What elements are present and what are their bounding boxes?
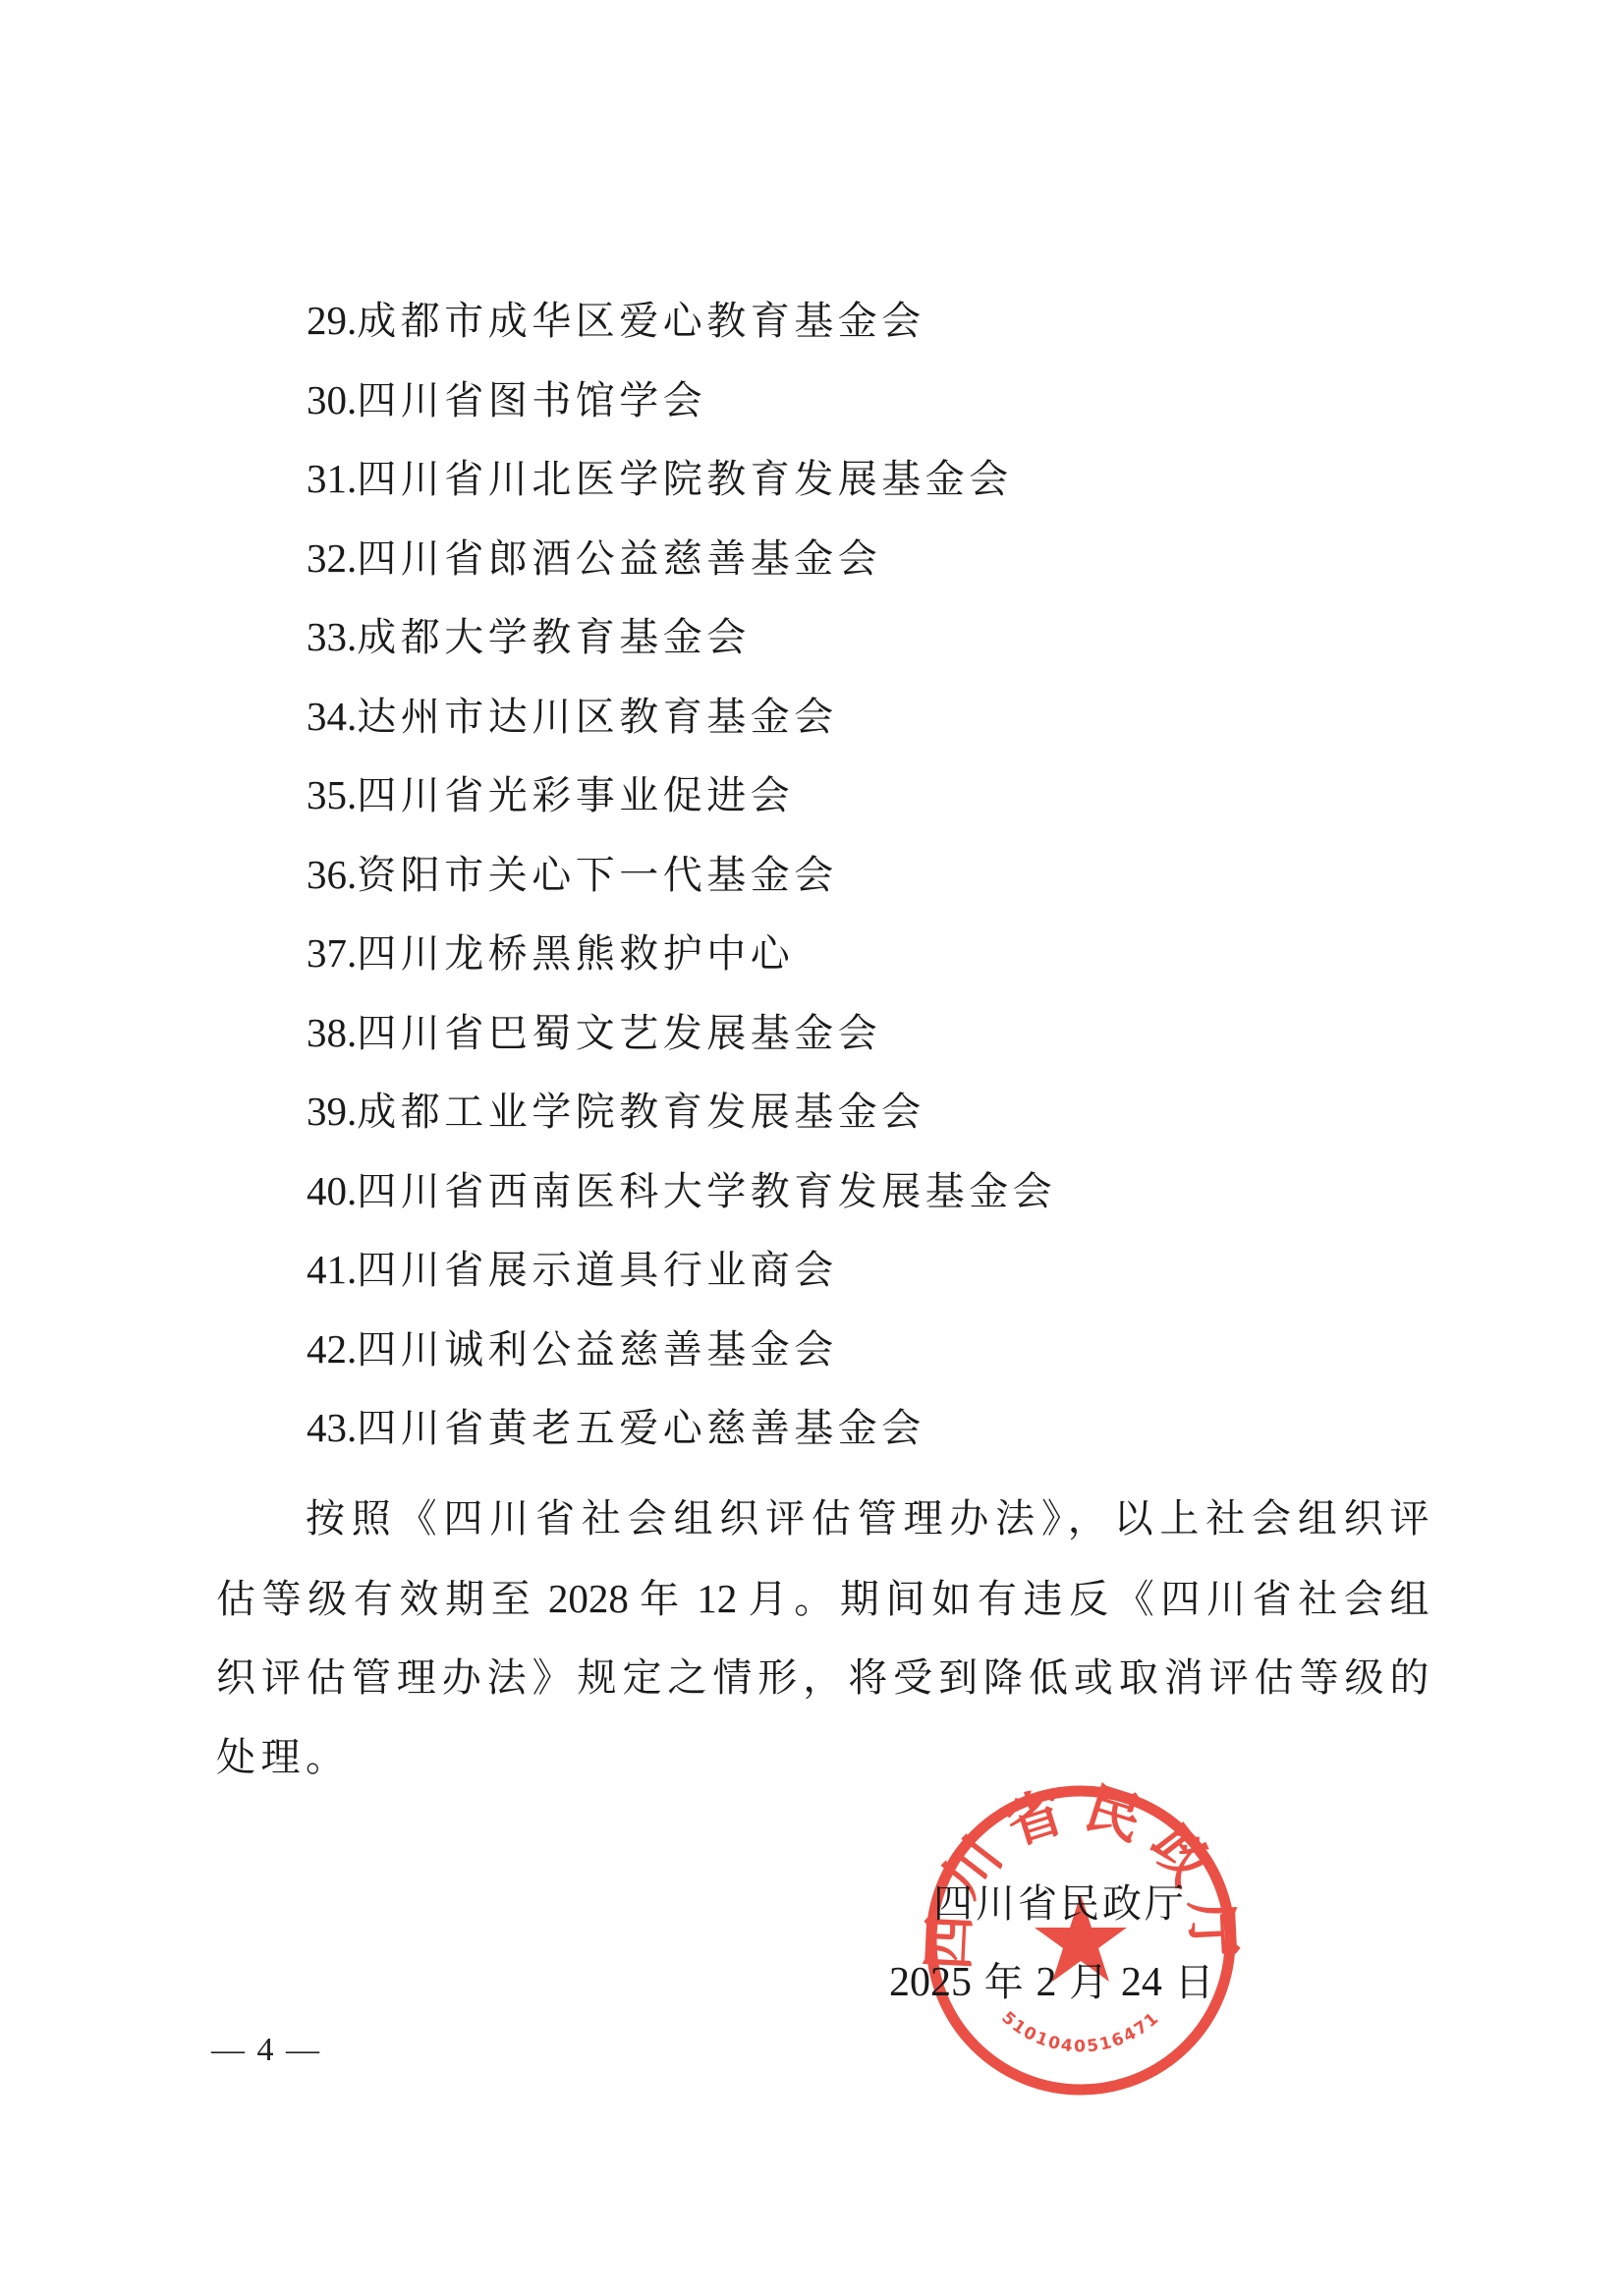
list-item: 38.四川省巴蜀文艺发展基金会 (307, 1003, 1056, 1083)
organization-list: 29.成都市成华区爱心教育基金会 30.四川省图书馆学会 31.四川省川北医学院… (307, 291, 1056, 1478)
list-item: 39.成都工业学院教育发展基金会 (307, 1082, 1056, 1161)
list-item: 34.达州市达川区教育基金会 (307, 687, 1056, 766)
issue-date: 2025 年 2 月 24 日 (889, 1951, 1214, 2007)
list-item: 40.四川省西南医科大学教育发展基金会 (307, 1161, 1056, 1241)
list-item: 29.成都市成华区爱心教育基金会 (307, 291, 1056, 370)
list-item: 30.四川省图书馆学会 (307, 370, 1056, 450)
list-item: 37.四川龙桥黑熊救护中心 (307, 924, 1056, 1003)
list-item: 32.四川省郎酒公益慈善基金会 (307, 529, 1056, 608)
list-item: 31.四川省川北医学院教育发展基金会 (307, 449, 1056, 529)
svg-text:5101040516471: 5101040516471 (997, 2008, 1163, 2057)
validity-paragraph: 按照《四川省社会组织评估管理办法》，以上社会组织评估等级有效期至 2028 年 … (216, 1480, 1434, 1797)
list-item: 35.四川省光彩事业促进会 (307, 765, 1056, 845)
list-item: 33.成都大学教育基金会 (307, 607, 1056, 687)
page-number: — 4 — (211, 2032, 321, 2069)
list-item: 36.资阳市关心下一代基金会 (307, 845, 1056, 924)
official-seal-icon: 四川省民政厅 5101040516471 (919, 1778, 1243, 2102)
document-page: 29.成都市成华区爱心教育基金会 30.四川省图书馆学会 31.四川省川北医学院… (0, 0, 1624, 2296)
list-item: 42.四川诚利公益慈善基金会 (307, 1319, 1056, 1399)
issuer-name: 四川省民政厅 (933, 1873, 1187, 1929)
list-item: 43.四川省黄老五爱心慈善基金会 (307, 1398, 1056, 1478)
list-item: 41.四川省展示道具行业商会 (307, 1240, 1056, 1319)
